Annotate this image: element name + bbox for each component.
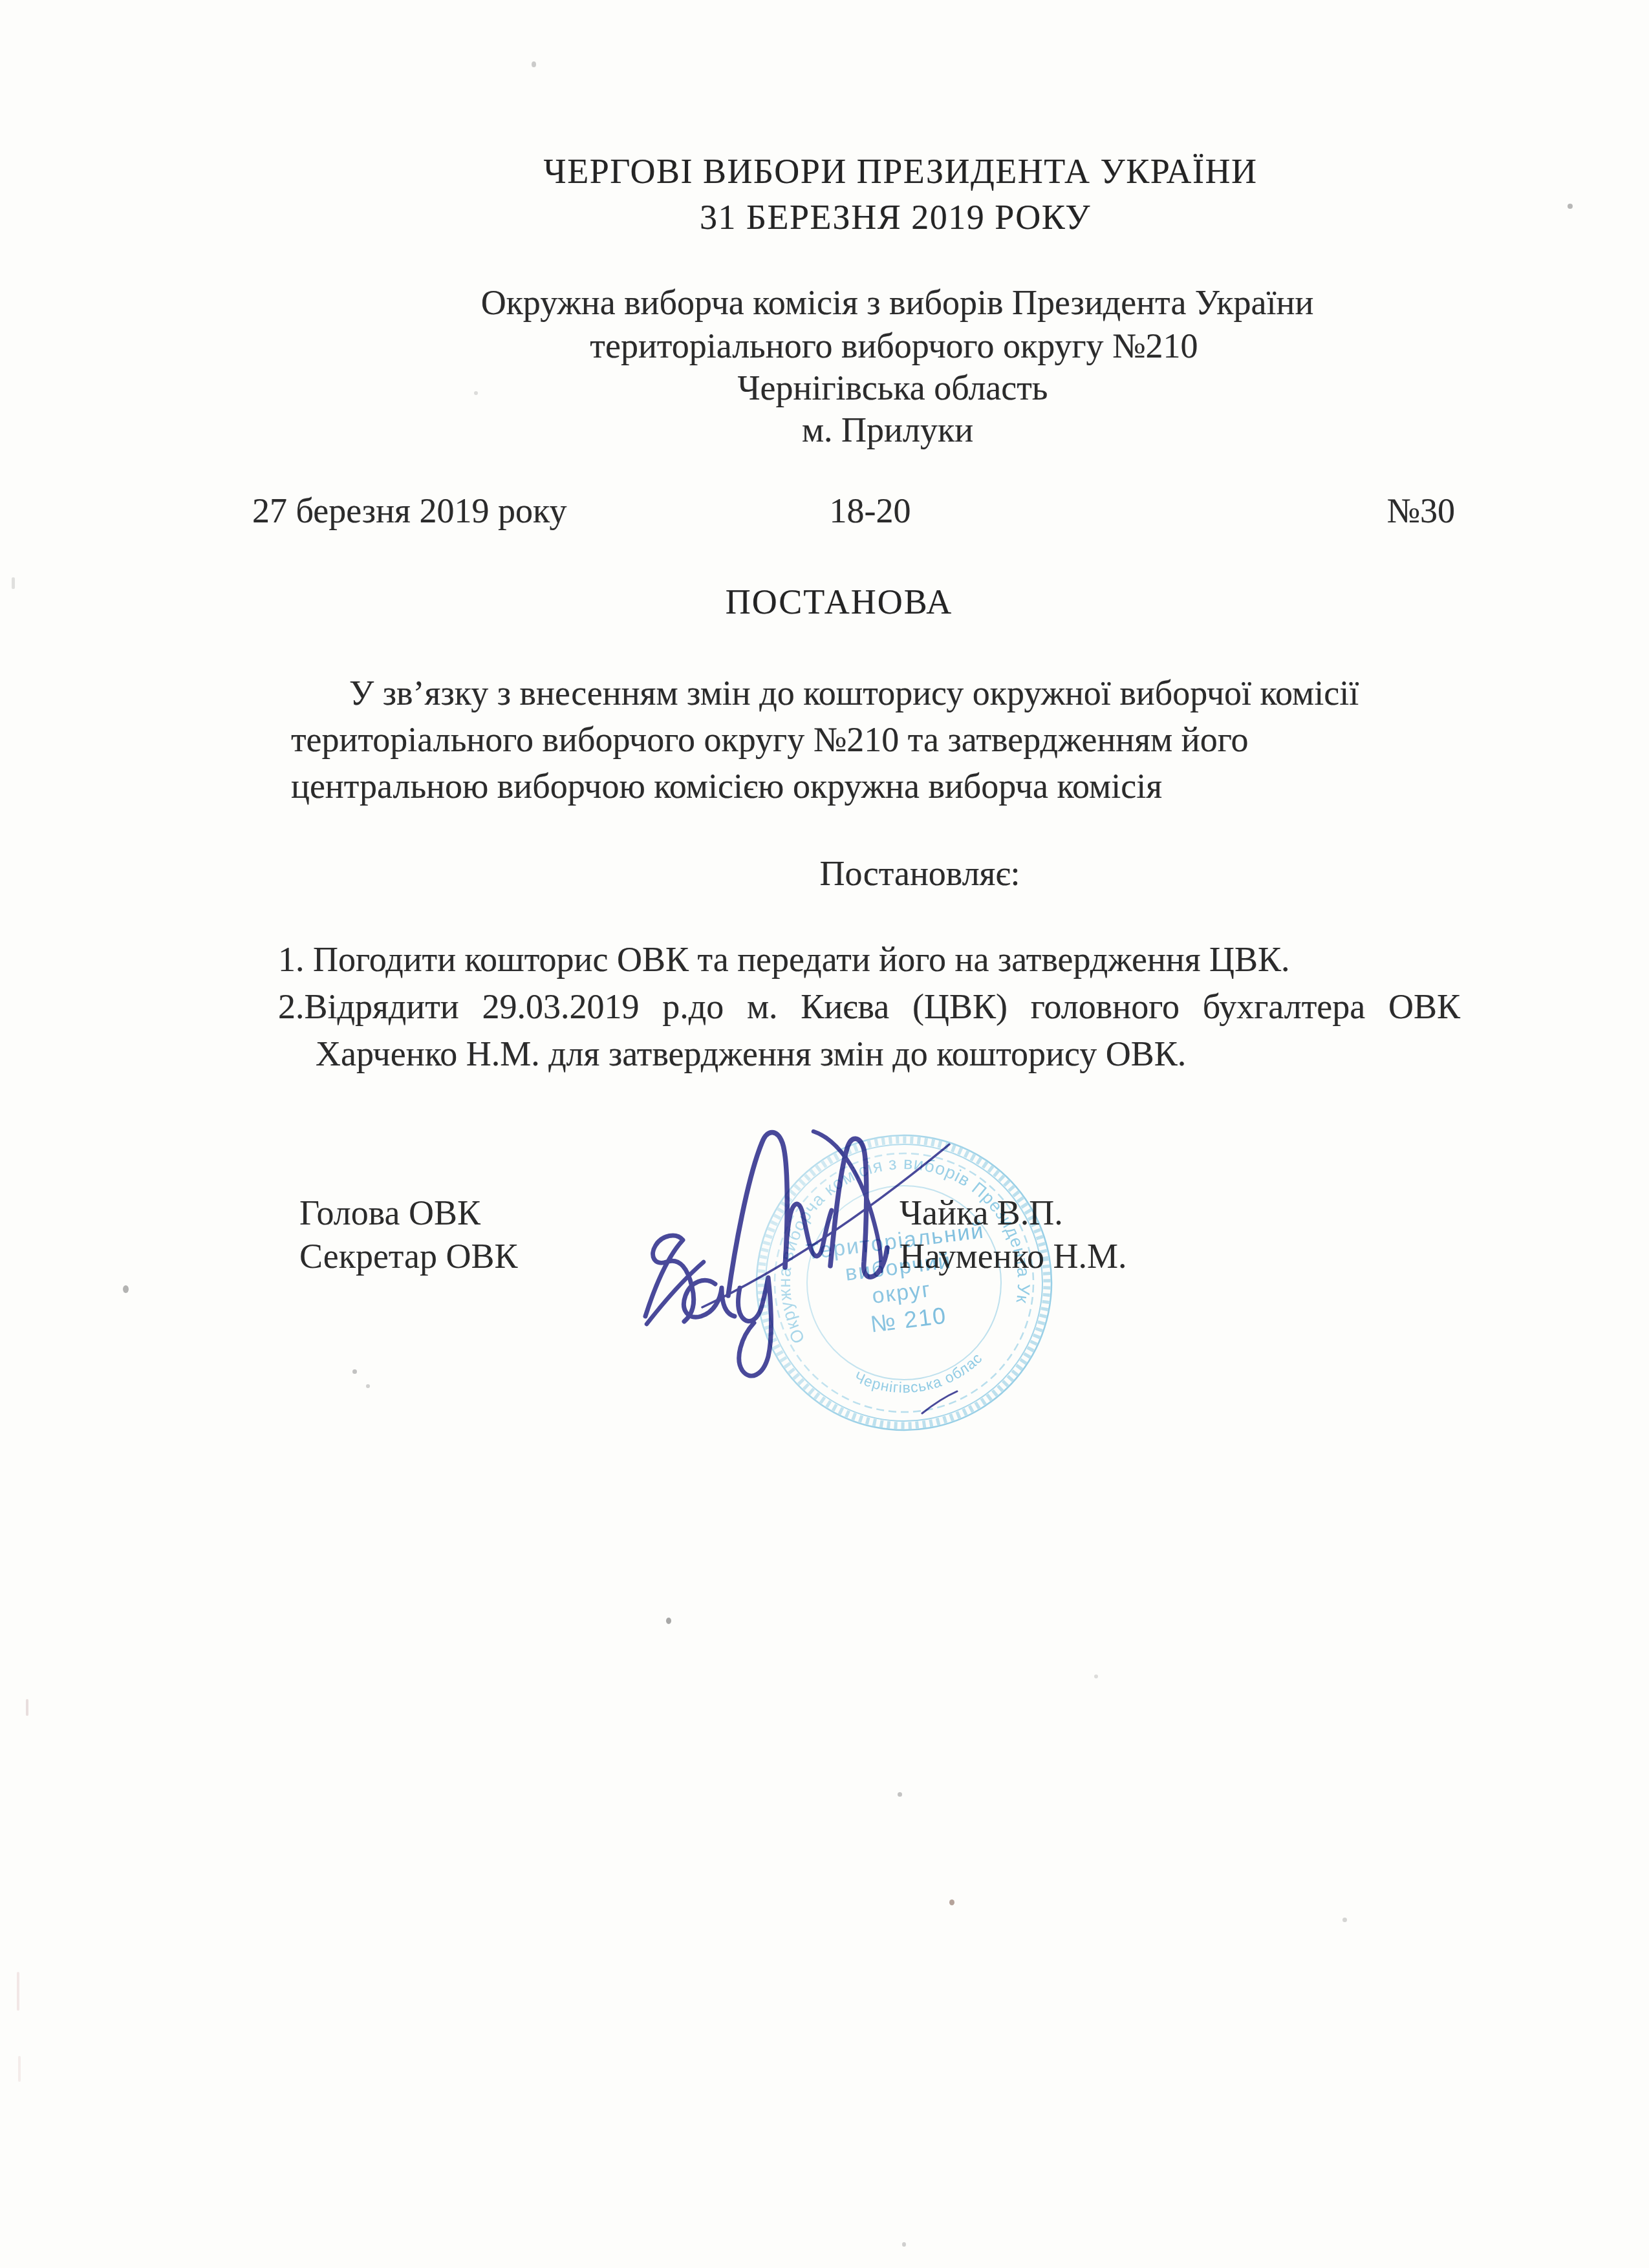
handwritten-signature: [614, 1109, 976, 1432]
scan-speck: [474, 391, 478, 395]
scan-speck: [1342, 1918, 1347, 1922]
scan-speck: [1568, 204, 1573, 209]
scan-speck: [18, 2056, 21, 2082]
signature-strokes: [645, 1131, 957, 1413]
scan-speck: [898, 1792, 902, 1797]
commission-name-line1: Окружна виборча комісія з виборів Презид…: [307, 281, 1487, 324]
resolution-item-2-line2: Харченко Н.М. для затвердження змін до к…: [278, 1031, 1498, 1077]
resolution-item-2-line1: 2.Відрядити 29.03.2019 р.до м. Києва (ЦВ…: [278, 983, 1460, 1030]
scan-speck: [26, 1699, 28, 1716]
scan-speck: [532, 61, 536, 67]
document-time: 18-20: [830, 489, 911, 532]
scan-speck: [123, 1285, 129, 1293]
scan-speck: [366, 1384, 370, 1388]
scan-speck: [902, 2242, 906, 2247]
scan-speck: [1094, 1674, 1098, 1678]
election-title-line2: 31 БЕРЕЗНЯ 2019 РОКУ: [305, 196, 1485, 239]
document-type-heading: ПОСТАНОВА: [249, 581, 1429, 623]
scan-speck: [949, 1899, 954, 1905]
scan-speck: [17, 1972, 19, 2011]
scan-speck: [352, 1369, 357, 1374]
meta-row: 27 березня 2019 року 18-20 №30: [252, 489, 1458, 535]
preamble-line: У зв’язку з внесенням змін до кошторису …: [291, 670, 1460, 716]
signature-stroke-bottom-flick: [922, 1391, 957, 1413]
scan-speck: [12, 577, 15, 589]
preamble-line: центральною виборчою комісією окружна ви…: [291, 763, 1460, 809]
scanned-document-page: { "header": { "election_title_line1": "Ч…: [0, 0, 1649, 2268]
scan-speck: [666, 1618, 671, 1624]
commission-city: м. Прилуки: [297, 409, 1478, 451]
signature-stroke-u-descender: [738, 1278, 771, 1376]
election-title-line1: ЧЕРГОВІ ВИБОРИ ПРЕЗИДЕНТА УКРАЇНИ: [310, 150, 1491, 193]
signature-role-head: Голова ОВК: [299, 1193, 480, 1232]
resolves-heading: Постановляє:: [330, 852, 1510, 895]
commission-name-line2: територіального виборчого округу №210: [304, 325, 1484, 367]
preamble-paragraph: У зв’язку з внесенням змін до кошторису …: [291, 670, 1460, 809]
document-date: 27 березня 2019 року: [252, 489, 566, 532]
signature-role-secretary: Секретар ОВК: [299, 1237, 518, 1276]
resolution-item-1: 1. Погодити кошторис ОВК та передати йог…: [278, 936, 1460, 983]
commission-region: Чернігівська область: [303, 367, 1483, 409]
preamble-line: територіального виборчого округу №210 та…: [291, 716, 1460, 763]
signature-stroke-tall-loop-1: [728, 1133, 787, 1296]
document-number: №30: [1386, 489, 1455, 532]
